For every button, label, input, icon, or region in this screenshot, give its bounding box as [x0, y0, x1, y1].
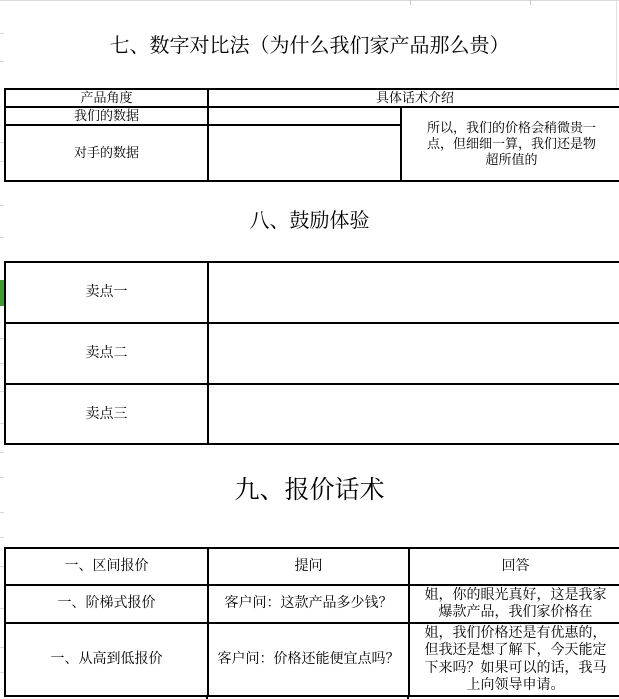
cell-high-to-low-label[interactable]: 一、从高到低报价: [5, 623, 208, 696]
cell-header-script-intro[interactable]: 具体话术介绍: [208, 89, 619, 107]
table-row: 一、阶梯式报价 客户问：这款产品多少钱？ 姐，你的眼光真好，这是我家 爆款产品，…: [5, 585, 619, 623]
table-column-line-stub: [407, 695, 409, 699]
cell-ladder-quote-label[interactable]: 一、阶梯式报价: [5, 585, 208, 623]
cell-sellpoint3-content[interactable]: [208, 384, 619, 444]
table-row: 卖点二: [5, 323, 619, 384]
gridline-row-tick: [0, 61, 4, 62]
cell-sellpoint2-content[interactable]: [208, 323, 619, 384]
cell-ladder-quote-question[interactable]: 客户问：这款产品多少钱？: [208, 585, 409, 623]
cell-sellpoint3-label[interactable]: 卖点三: [5, 384, 208, 444]
table-row: 产品角度 具体话术介绍: [5, 89, 619, 107]
gridline-row-tick: [0, 452, 4, 453]
table-row: 一、区间报价 提问 回答: [5, 548, 619, 585]
section7-table: 产品角度 具体话术介绍 我们的数据 所以，我们的价格会稍微贵一 点，但细细一算，…: [4, 88, 619, 182]
cell-high-to-low-answer[interactable]: 姐，我们价格还是有优惠的， 但我还是想了解下，今天能定 下来吗？如果可以的话，我…: [409, 623, 619, 696]
gridline-row-tick: [0, 237, 4, 238]
section9-title: 九、报价话术: [0, 477, 619, 505]
table-column-line-stub: [206, 695, 208, 699]
gridline-row-tick: [0, 512, 4, 513]
cell-header-product-angle[interactable]: 产品角度: [5, 89, 208, 107]
cell-sellpoint2-label[interactable]: 卖点二: [5, 323, 208, 384]
cell-ladder-quote-answer[interactable]: 姐，你的眼光真好，这是我家 爆款产品，我们家价格在: [409, 585, 619, 623]
section7-title: 七、数字对比法（为什么我们家产品那么贵）: [0, 35, 619, 57]
cell-sellpoint1-content[interactable]: [208, 262, 619, 323]
gridline-column-tick: [530, 0, 531, 5]
cell-our-data-label[interactable]: 我们的数据: [5, 107, 208, 125]
cell-high-to-low-question[interactable]: 客户问：价格还能便宜点吗？: [208, 623, 409, 696]
gridline-column-tick: [410, 0, 411, 5]
cell-header-question[interactable]: 提问: [208, 548, 409, 585]
cell-header-answer[interactable]: 回答: [409, 548, 619, 585]
section9-table: 一、区间报价 提问 回答 一、阶梯式报价 客户问：这款产品多少钱？ 姐，你的眼光…: [4, 547, 619, 697]
cell-sellpoint1-label[interactable]: 卖点一: [5, 262, 208, 323]
gridline-row-tick: [0, 33, 4, 34]
table-row: 一、从高到低报价 客户问：价格还能便宜点吗？ 姐，我们价格还是有优惠的， 但我还…: [5, 623, 619, 696]
section8-title: 八、鼓励体验: [0, 210, 619, 232]
cell-competitor-data-label[interactable]: 对手的数据: [5, 125, 208, 181]
gridline-top: [0, 0, 619, 1]
cell-competitor-data-script[interactable]: [208, 125, 401, 181]
gridline-row-tick: [0, 205, 4, 206]
table-row: 卖点一: [5, 262, 619, 323]
cell-our-data-script[interactable]: [208, 107, 401, 125]
cell-header-range-quote[interactable]: 一、区间报价: [5, 548, 208, 585]
spreadsheet-view: 七、数字对比法（为什么我们家产品那么贵） 产品角度 具体话术介绍 我们的数据 所…: [0, 0, 619, 699]
gridline-row-tick: [0, 537, 4, 538]
table-row: 我们的数据 所以，我们的价格会稍微贵一 点，但细细一算，我们还是物 超所值的: [5, 107, 619, 125]
table-row: 卖点三: [5, 384, 619, 444]
cell-price-summary[interactable]: 所以，我们的价格会稍微贵一 点，但细细一算，我们还是物 超所值的: [401, 107, 619, 181]
section8-table: 卖点一 卖点二 卖点三: [4, 261, 619, 445]
